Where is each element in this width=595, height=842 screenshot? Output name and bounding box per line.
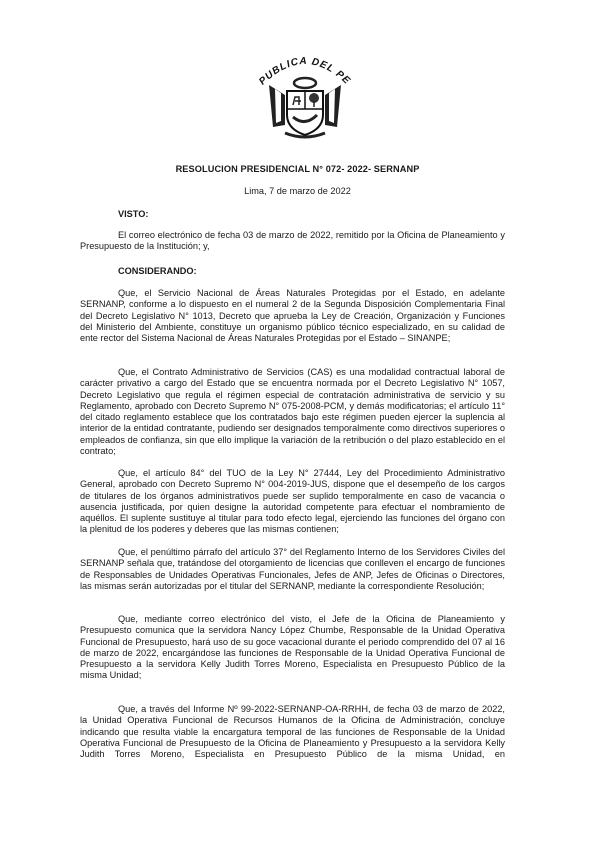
visto-paragraph: El correo electrónico de fecha 03 de mar… xyxy=(80,230,505,253)
resolution-date: Lima, 7 de marzo de 2022 xyxy=(0,186,595,196)
visto-heading: VISTO: xyxy=(118,209,148,219)
considerando-paragraph-2: Que, el Contrato Administrativo de Servi… xyxy=(80,367,505,457)
coat-of-arms-icon: REPUBLICA DEL PERU xyxy=(255,45,355,145)
resolution-title: RESOLUCION PRESIDENCIAL N° 072- 2022- SE… xyxy=(0,164,595,174)
considerando-paragraph-3: Que, el artículo 84° del TUO de la Ley N… xyxy=(80,468,505,536)
considerando-paragraph-4: Que, el penúltimo párrafo del artículo 3… xyxy=(80,547,505,592)
considerando-paragraph-6: Que, a través del Informe Nº 99-2022-SER… xyxy=(80,704,505,760)
considerando-paragraph-5: Que, mediante correo electrónico del vis… xyxy=(80,614,505,682)
document-page: REPUBLICA DEL PERU RESOLUCION PRESIDENCI… xyxy=(0,0,595,842)
considerando-heading: CONSIDERANDO: xyxy=(118,266,197,276)
considerando-paragraph-1: Que, el Servicio Nacional de Áreas Natur… xyxy=(80,288,505,344)
svg-text:REPUBLICA DEL PERU: REPUBLICA DEL PERU xyxy=(255,45,352,87)
